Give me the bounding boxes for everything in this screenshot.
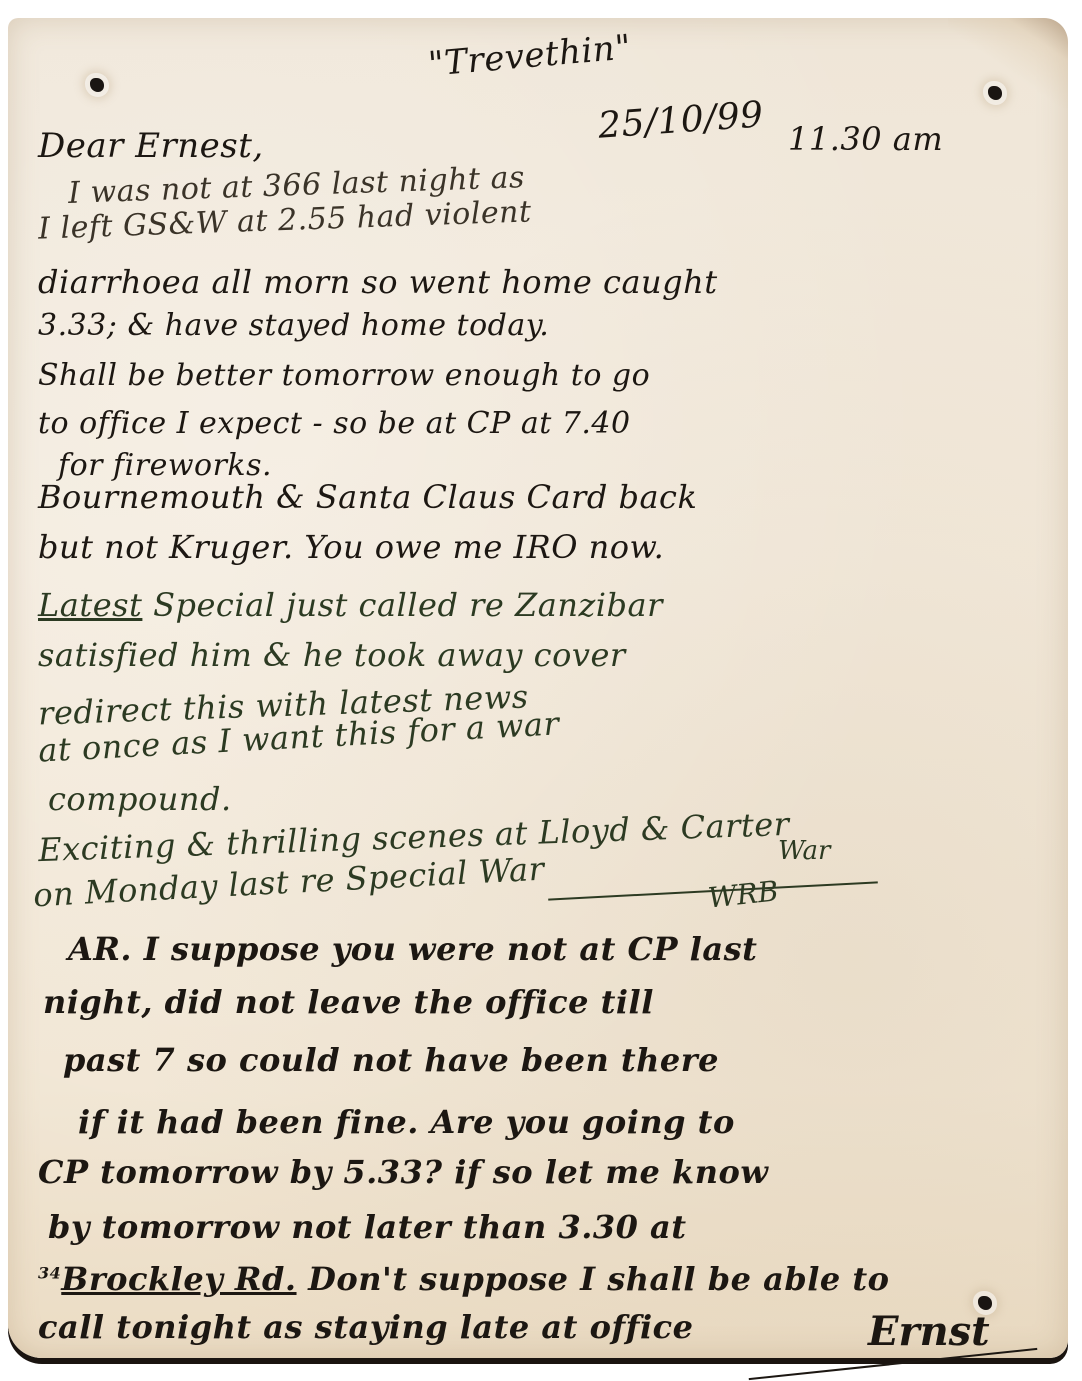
address-street: Brockley Rd. bbox=[61, 1260, 296, 1298]
postscript-line: compound. bbox=[48, 780, 232, 818]
body-line: Bournemouth & Santa Claus Card back bbox=[38, 478, 697, 516]
reply-line: by tomorrow not later than 3.30 at bbox=[48, 1208, 687, 1246]
salutation: Dear Ernest, bbox=[38, 126, 264, 166]
postscript-line: satisfied him & he took away cover bbox=[38, 636, 626, 674]
body-line: but not Kruger. You owe me IRO now. bbox=[38, 528, 664, 566]
latest-label: Latest bbox=[38, 586, 142, 624]
reply-line: night, did not leave the office till bbox=[43, 983, 654, 1021]
signature: Ernst bbox=[868, 1308, 990, 1355]
war-insert: War bbox=[778, 836, 830, 866]
letter-date: 25/10/99 bbox=[597, 94, 765, 146]
body-line: 3.33; & have stayed home today. bbox=[38, 308, 549, 343]
punch-hole bbox=[988, 86, 1002, 100]
initials-signature: WRB bbox=[706, 874, 780, 914]
letter-card: "Trevethin" 25/10/99 11.30 am Dear Ernes… bbox=[8, 18, 1068, 1358]
reply-line: 34Brockley Rd. Don't suppose I shall be … bbox=[38, 1260, 889, 1298]
reply-text: Don't suppose I shall be able to bbox=[297, 1260, 890, 1298]
postscript-line: Latest Special just called re Zanzibar bbox=[38, 586, 663, 624]
reply-line: call tonight as staying late at office bbox=[38, 1308, 693, 1346]
punch-hole bbox=[90, 78, 104, 92]
letter-address: "Trevethin" bbox=[427, 27, 633, 85]
body-line: diarrhoea all morn so went home caught bbox=[38, 263, 718, 301]
reply-line: past 7 so could not have been there bbox=[63, 1041, 719, 1079]
reply-line: if it had been fine. Are you going to bbox=[78, 1103, 735, 1141]
body-line: to office I expect - so be at CP at 7.40 bbox=[38, 406, 631, 441]
postscript-text: Special just called re Zanzibar bbox=[142, 586, 662, 624]
address-number: 34 bbox=[38, 1263, 61, 1282]
reply-line: CP tomorrow by 5.33? if so let me know bbox=[38, 1153, 768, 1191]
letter-time: 11.30 am bbox=[788, 120, 943, 158]
body-line: Shall be better tomorrow enough to go bbox=[38, 358, 650, 393]
reply-line: AR. I suppose you were not at CP last bbox=[68, 930, 757, 968]
